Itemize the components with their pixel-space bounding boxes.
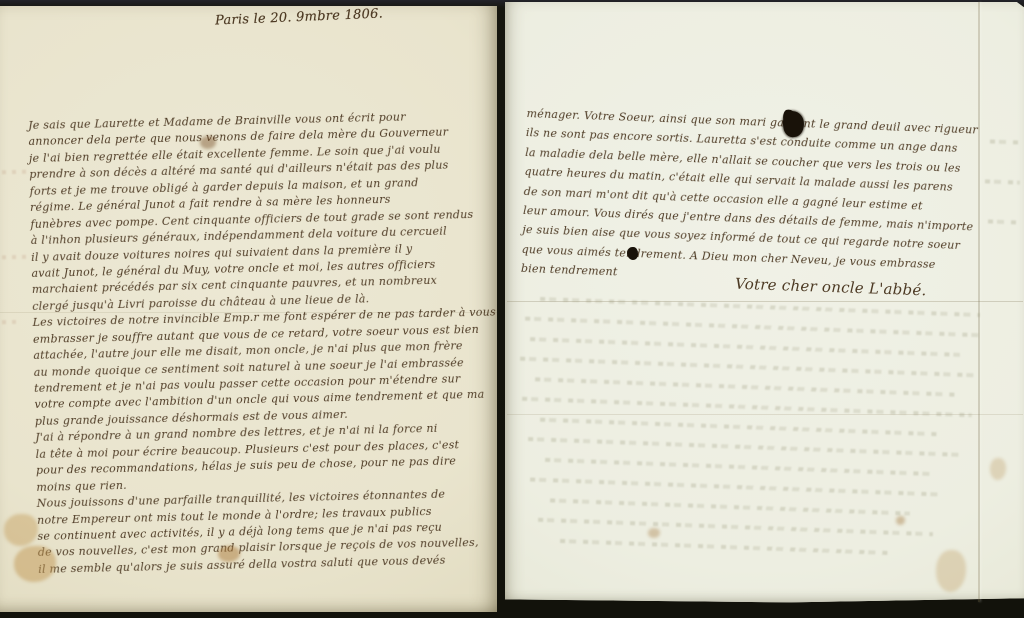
ink-blot-small [627, 247, 638, 260]
left-page-text-block: Je sais que Laurette et Madame de Brainv… [28, 107, 503, 578]
bleed-through-mark [2, 170, 26, 175]
bleed-through-mark [2, 320, 22, 324]
right-page-text-block: ménager. Votre Soeur, ainsi que son mari… [521, 104, 1012, 296]
bleed-through-mark [2, 255, 32, 260]
letter-scan: Paris le 20. 9mbre 1806. Je sais que Lau… [0, 0, 1024, 618]
right-page-vertical-crease [978, 2, 980, 602]
